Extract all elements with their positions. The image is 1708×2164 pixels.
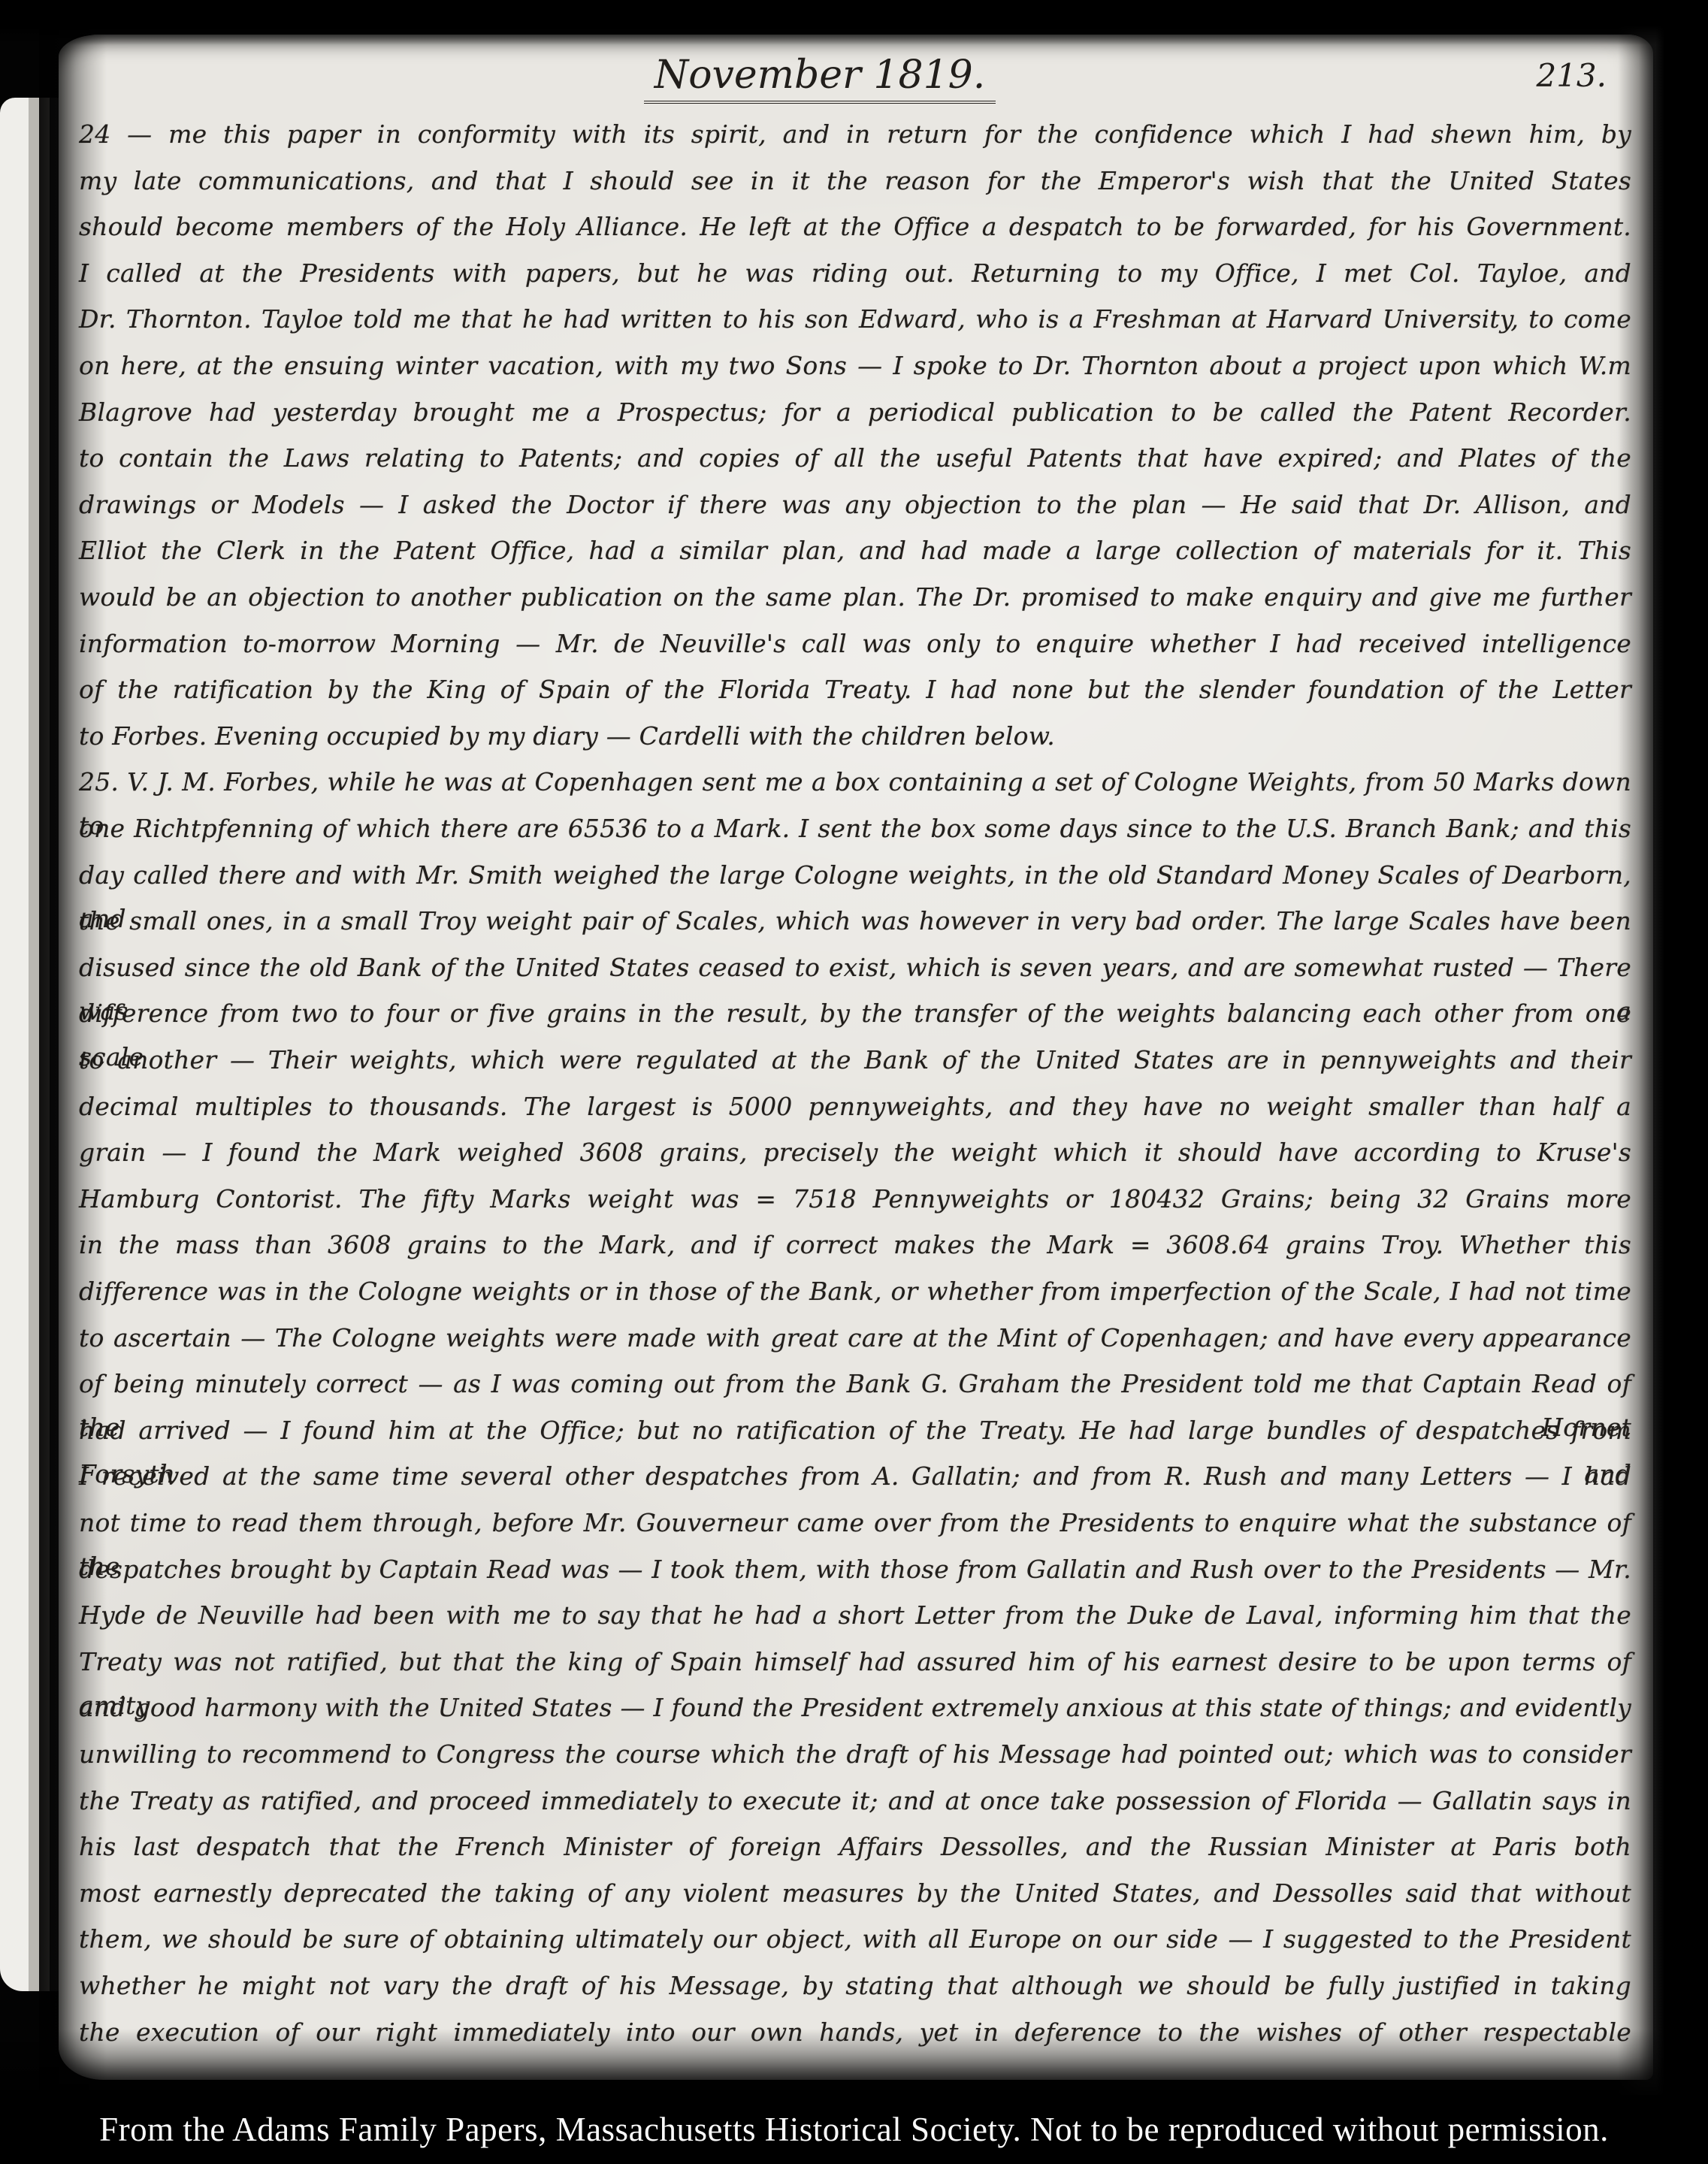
manuscript-line: 25. V. J. M. Forbes, while he was at Cop… <box>79 760 1631 807</box>
manuscript-line: drawings or Models — I asked the Doctor … <box>79 483 1631 530</box>
manuscript-line: Hyde de Neuville had been with me to say… <box>79 1594 1631 1640</box>
manuscript-line: day called there and with Mr. Smith weig… <box>79 854 1631 900</box>
manuscript-line: to contain the Laws relating to Patents;… <box>79 437 1631 483</box>
manuscript-scan: November 1819. 213. 24 — me this paper i… <box>0 0 1708 2164</box>
manuscript-line: Elliot the Clerk in the Patent Office, h… <box>79 529 1631 576</box>
manuscript-line: not time to read them through, before Mr… <box>79 1501 1631 1548</box>
manuscript-line: of being minutely correct — as I was com… <box>79 1362 1631 1409</box>
manuscript-line: decimal multiples to thousands. The larg… <box>79 1085 1631 1132</box>
manuscript-line: to Forbes. Evening occupied by my diary … <box>79 715 1631 761</box>
manuscript-line: the Treaty as ratified, and proceed imme… <box>79 1779 1631 1826</box>
manuscript-line: the small ones, in a small Troy weight p… <box>79 899 1631 946</box>
manuscript-line: Hamburg Contorist. The fifty Marks weigh… <box>79 1177 1631 1224</box>
manuscript-line: despatches brought by Captain Read was —… <box>79 1548 1631 1594</box>
manuscript-line: whether he might not vary the draft of h… <box>79 1964 1631 2011</box>
manuscript-line: difference was in the Cologne weights or… <box>79 1270 1631 1316</box>
manuscript-line: to ascertain — The Cologne weights were … <box>79 1316 1631 1363</box>
manuscript-line: difference from two to four or five grai… <box>79 992 1631 1038</box>
manuscript-line: Treaty was not ratified, but that the ki… <box>79 1640 1631 1687</box>
manuscript-line: would be an objection to another publica… <box>79 576 1631 622</box>
caption-bar: From the Adams Family Papers, Massachuse… <box>0 2095 1708 2164</box>
manuscript-line: Dr. Thornton. Tayloe told me that he had… <box>79 298 1631 344</box>
facing-page-edge <box>0 98 59 1991</box>
manuscript-line: and good harmony with the United States … <box>79 1686 1631 1733</box>
manuscript-line: grain — I found the Mark weighed 3608 gr… <box>79 1131 1631 1177</box>
page-number: 213. <box>1536 57 1607 94</box>
manuscript-line: my late communications, and that I shoul… <box>79 159 1631 206</box>
manuscript-line: disused since the old Bank of the United… <box>79 946 1631 993</box>
manuscript-line: in the mass than 3608 grains to the Mark… <box>79 1223 1631 1270</box>
manuscript-line: to another — Their weights, which were r… <box>79 1038 1631 1085</box>
manuscript-line: information to-morrow Morning — Mr. de N… <box>79 622 1631 669</box>
manuscript-line: I called at the Presidents with papers, … <box>79 252 1631 298</box>
manuscript-line: his last despatch that the French Minist… <box>79 1825 1631 1872</box>
manuscript-line: on here, at the ensuing winter vacation,… <box>79 344 1631 391</box>
manuscript-line: should become members of the Holy Allian… <box>79 205 1631 252</box>
manuscript-line: the execution of our right immediately i… <box>79 2011 1631 2057</box>
page-heading-date: November 1819. <box>23 53 1617 104</box>
manuscript-line: had arrived — I found him at the Office;… <box>79 1409 1631 1455</box>
diary-page: November 1819. 213. 24 — me this paper i… <box>59 35 1653 2080</box>
manuscript-line: one Richtpfenning of which there are 655… <box>79 807 1631 854</box>
manuscript-line: 24 — me this paper in conformity with it… <box>79 113 1631 159</box>
manuscript-line: them, we should be sure of obtaining ult… <box>79 1918 1631 1964</box>
manuscript-line: Blagrove had yesterday brought me a Pros… <box>79 391 1631 437</box>
manuscript-text-block: 24 — me this paper in conformity with it… <box>79 113 1631 2059</box>
manuscript-line: unwilling to recommend to Congress the c… <box>79 1733 1631 1779</box>
manuscript-line: I received at the same time several othe… <box>79 1455 1631 1501</box>
caption-text: From the Adams Family Papers, Massachuse… <box>99 2110 1609 2149</box>
manuscript-line: of the ratification by the King of Spain… <box>79 668 1631 715</box>
manuscript-line: most earnestly deprecated the taking of … <box>79 1872 1631 1918</box>
page-heading-date-text: November 1819. <box>644 53 996 104</box>
